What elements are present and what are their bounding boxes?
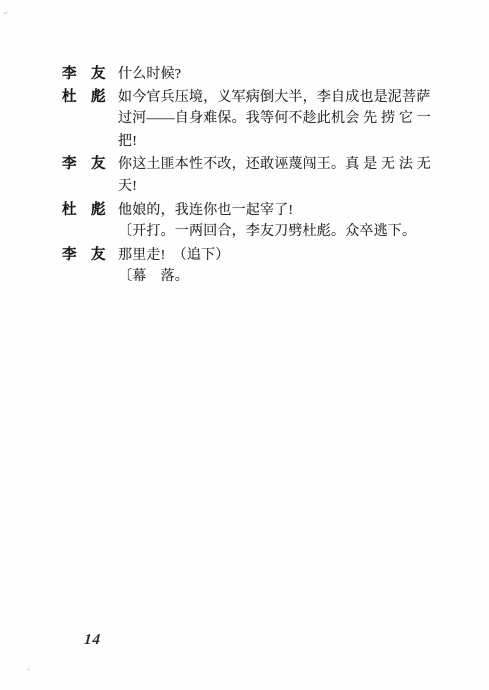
scanned-script-page: 李 友 什么时候? 杜 彪 如今官兵压境，义军病倒大半，李自成也是泥菩萨 过河—… — [0, 0, 489, 690]
dialogue-text: 那里走! （追下） — [118, 245, 229, 268]
script-line: 李 友 什么时候? — [0, 63, 489, 86]
script-line: 杜 彪 他娘的，我连你也一起宰了! — [0, 199, 489, 222]
stage-direction-line: 〔开打。一两回合，李友刀劈杜彪。众卒逃下。 — [0, 221, 489, 244]
script-line-continuation: 天! — [0, 176, 489, 199]
speaker-name: 杜 彪 — [62, 199, 118, 222]
dialogue-text: 他娘的，我连你也一起宰了! — [118, 200, 293, 223]
script-line-continuation: 把! — [0, 131, 489, 154]
scan-artifact-speck — [27, 668, 30, 671]
dialogue-text: 把! — [118, 131, 137, 154]
dialogue-text: 你这土匪本性不改，还敢诬蔑闯王。真 是 无 法 无 — [118, 154, 431, 177]
dialogue-text: 如今官兵压境，义军病倒大半，李自成也是泥菩萨 — [118, 87, 430, 110]
script-line: 李 友 那里走! （追下） — [0, 244, 489, 267]
curtain-falls-line: 〔幕 落。 — [0, 266, 489, 289]
script-line: 李 友 你这土匪本性不改，还敢诬蔑闯王。真 是 无 法 无 — [0, 153, 489, 176]
speaker-name: 李 友 — [62, 244, 118, 267]
speaker-name: 李 友 — [62, 153, 118, 176]
speaker-name: 杜 彪 — [62, 86, 118, 109]
script-line: 杜 彪 如今官兵压境，义军病倒大半，李自成也是泥菩萨 — [0, 86, 489, 109]
script-line-continuation: 过河——自身难保。我等何不趁此机会 先 捞 它 一 — [0, 108, 489, 131]
script-text-block: 李 友 什么时候? 杜 彪 如今官兵压境，义军病倒大半，李自成也是泥菩萨 过河—… — [0, 63, 489, 289]
dialogue-text: 天! — [118, 176, 137, 199]
speaker-name: 李 友 — [62, 63, 118, 86]
dialogue-text: 什么时候? — [118, 64, 181, 87]
dialogue-text: 过河——自身难保。我等何不趁此机会 先 捞 它 一 — [118, 108, 431, 131]
page-number: 14 — [83, 632, 101, 649]
stage-direction-text: 〔幕 落。 — [118, 266, 189, 289]
scan-artifact-speck — [3, 11, 8, 15]
stage-direction-text: 〔开打。一两回合，李友刀劈杜彪。众卒逃下。 — [118, 221, 416, 244]
